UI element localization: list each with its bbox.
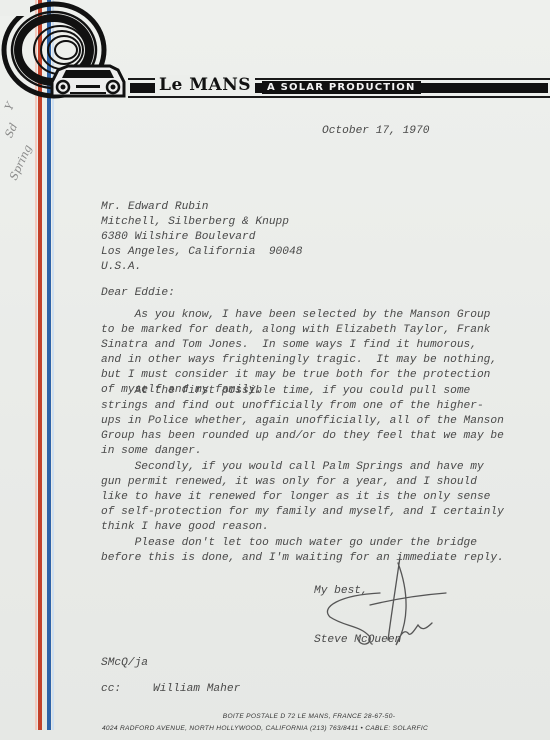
address-line: Mitchell, Silberberg & Knupp <box>101 215 302 230</box>
cc-name: William Maher <box>153 683 240 695</box>
text-line: As you know, I have been selected by the… <box>101 308 521 323</box>
address-line: Mr. Edward Rubin <box>101 200 302 215</box>
address-line: 6380 Wilshire Boulevard <box>101 230 302 245</box>
text-line: ups in Police whether, again unofficiall… <box>101 414 521 429</box>
recipient-address: Mr. Edward Rubin Mitchell, Silberberg & … <box>101 200 302 275</box>
text-line: Secondly, if you would call Palm Springs… <box>101 460 521 475</box>
paragraph-2: At the first possible time, if you could… <box>101 384 521 459</box>
text-line: Group has been rounded up and/or do they… <box>101 429 521 444</box>
margin-note-line: Sd <box>2 121 20 140</box>
text-line: in some danger. <box>101 444 521 459</box>
cc-label: cc: <box>101 682 153 697</box>
letter-date: October 17, 1970 <box>322 124 429 139</box>
text-line: like to have it renewed for longer as it… <box>101 490 521 505</box>
text-line: and in other ways frighteningly tragic. … <box>101 353 521 368</box>
text-line: Sinatra and Tom Jones. In some ways I fi… <box>101 338 521 353</box>
footer-address-france: BOITE POSTALE D 72 LE MANS, FRANCE 28-67… <box>34 713 550 720</box>
paragraph-3: Secondly, if you would call Palm Springs… <box>101 460 521 535</box>
brand-name: Le MANS <box>155 75 255 95</box>
text-line: but I must consider it may be true both … <box>101 368 521 383</box>
address-line: Los Angeles, California 90048 <box>101 245 302 260</box>
margin-note-line: Y <box>2 100 17 112</box>
handwritten-margin-note: Y Sd Spring <box>2 100 38 200</box>
typist-initials: SMcQ/ja <box>101 656 148 671</box>
margin-note-line: Spring <box>7 143 35 182</box>
brand-tagline: A SOLAR PRODUCTION <box>262 81 421 94</box>
text-line: to be marked for death, along with Eliza… <box>101 323 521 338</box>
carbon-copy: cc:William Maher <box>101 682 240 697</box>
text-line: gun permit renewed, it was only for a ye… <box>101 475 521 490</box>
footer-address-california: 4024 RADFORD AVENUE, NORTH HOLLYWOOD, CA… <box>0 725 540 732</box>
text-line: Please don't let too much water go under… <box>101 536 521 551</box>
text-line: At the first possible time, if you could… <box>101 384 521 399</box>
signer-name: Steve McQueen <box>314 633 401 648</box>
address-line: U.S.A. <box>101 260 302 275</box>
text-line: of self-protection for my family and mys… <box>101 505 521 520</box>
salutation: Dear Eddie: <box>101 286 175 301</box>
text-line: strings and find out unofficially from o… <box>101 399 521 414</box>
tire-and-race-car-logo-icon <box>0 0 180 110</box>
text-line: think I have good reason. <box>101 520 521 535</box>
